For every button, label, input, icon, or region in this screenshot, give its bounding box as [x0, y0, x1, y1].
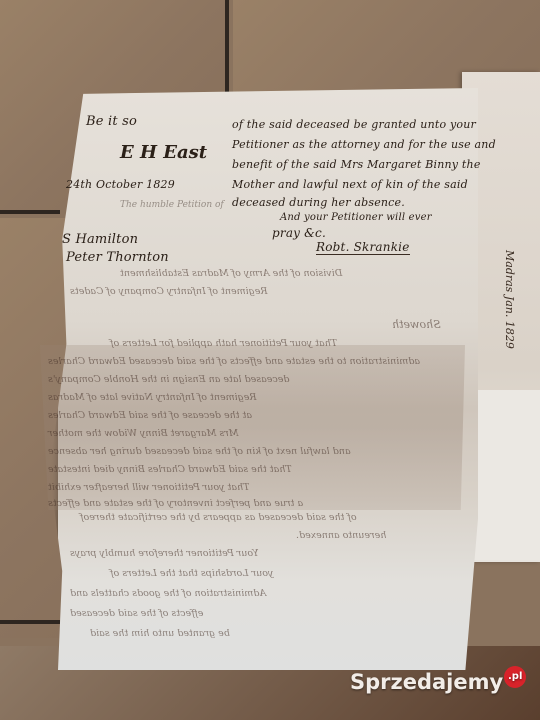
bleed-through-line: administration to the estate and effects…	[48, 356, 420, 367]
bleed-through-line: hereunto annexed.	[296, 530, 386, 541]
hamilton-signature: S Hamilton	[62, 232, 138, 247]
bleed-through-line: Mrs Margaret Binny Widow the mother	[48, 428, 238, 439]
petition-text-line: pray &c.	[272, 226, 326, 240]
bleed-through-line: That the said Edward Charles Binny died …	[48, 464, 292, 475]
bleed-through-line: Regiment of Infantry Native late of Madr…	[48, 392, 256, 403]
bleed-through-line: Administration of the goods chattels and	[70, 588, 266, 599]
bleed-through-line: That your Petitioner hath applied for Le…	[110, 338, 337, 349]
bleed-through-line: and lawful next of kin of the said decea…	[48, 446, 351, 457]
petition-text-line: deceased during her absence.	[232, 196, 405, 209]
bleed-through-line: your Lordships that the Letters of	[110, 568, 273, 579]
bleed-through-line: deceased late an Ensign in the Honble Co…	[48, 374, 289, 385]
bleed-through-line: at the decease of the said Edward Charle…	[48, 410, 252, 421]
bleed-through-line: Division of the Army of Madras Establish…	[120, 268, 342, 279]
bleed-through-line: Regiment of Infantry Company of Cadets	[70, 286, 267, 297]
petitioner-signature: Robt. Skrankie	[316, 240, 410, 255]
tile-grout	[225, 0, 229, 95]
bleed-through-line: The humble Petition of	[120, 200, 224, 210]
petition-text-line: And your Petitioner will ever	[280, 212, 432, 223]
watermark-text: Sprzedajemy	[350, 670, 503, 694]
bleed-through-line: of the said deceased as appears by the c…	[80, 512, 357, 523]
petition-text-line: of the said deceased be granted unto you…	[232, 118, 476, 131]
tile-grout	[0, 210, 60, 214]
right-sheet-lower-flap	[472, 390, 540, 560]
right-sheet-endorsement: Madras Jan. 1829	[503, 250, 516, 349]
section-heading: Showeth	[392, 318, 441, 331]
approval-note: Be it so	[86, 114, 137, 129]
bleed-through-line: a true and perfect inventory of the esta…	[48, 498, 303, 509]
petition-text-line: Mother and lawful next of kin of the sai…	[232, 178, 468, 191]
sprzedajemy-watermark: Sprzedajemy .pl	[350, 670, 526, 694]
watermark-badge: .pl	[504, 666, 526, 688]
tile-grout	[0, 620, 60, 624]
bleed-through-line: effects of the said deceased	[70, 608, 203, 619]
thornton-signature: Peter Thornton	[66, 250, 169, 265]
petition-text-line: benefit of the said Mrs Margaret Binny t…	[232, 158, 481, 171]
bleed-through-line: be granted unto him the said	[90, 628, 230, 639]
bleed-through-line: That your Petitioner will hereafter exhi…	[48, 482, 249, 493]
petition-text-line: Petitioner as the attorney and for the u…	[232, 138, 496, 151]
east-signature: E H East	[120, 142, 207, 163]
document-date: 24th October 1829	[66, 178, 175, 191]
bleed-through-line: Your Petitioner therefore humbly prays	[70, 548, 259, 559]
